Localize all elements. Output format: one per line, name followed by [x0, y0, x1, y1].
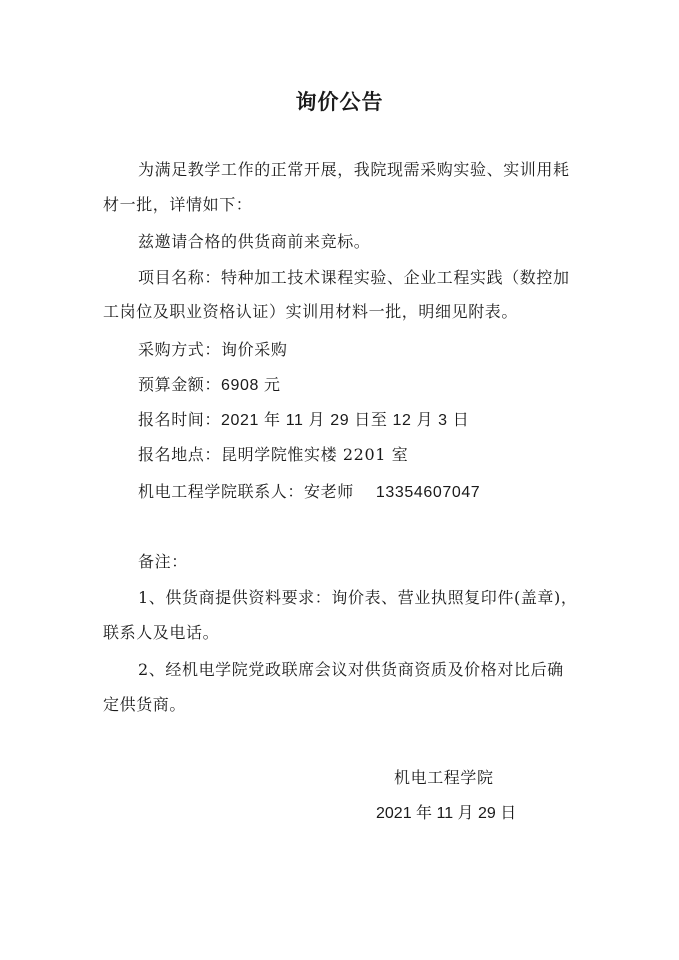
budget-amount: 预算金额：6908 元 — [138, 375, 281, 396]
procurement-method-label: 采购方式： — [138, 340, 221, 359]
registration-time: 报名时间：2021 年 11 月 29 日至 12 月 3 日 — [138, 410, 469, 431]
registration-time-label: 报名时间： — [138, 410, 221, 429]
signature-org: 机电工程学院 — [394, 765, 494, 788]
budget-label: 预算金额： — [138, 375, 221, 394]
signature-date: 2021 年 11 月 29 日 — [376, 800, 516, 823]
project-line-2: 工岗位及职业资格认证）实训用材料一批，明细见附表。 — [103, 302, 518, 322]
project-line-1: 项目名称：特种加工技术课程实验、企业工程实践（数控加 — [138, 268, 570, 288]
remark-2-line-2: 定供货商。 — [103, 695, 186, 715]
registration-place: 报名地点：昆明学院惟实楼 2201 室 — [138, 445, 408, 465]
invitation-text: 兹邀请合格的供货商前来竞标。 — [138, 232, 370, 252]
remark-2-line-1: 2、经机电学院党政联席会议对供货商资质及价格对比后确 — [138, 660, 564, 680]
procurement-method: 采购方式：询价采购 — [138, 340, 287, 360]
registration-place-value: 昆明学院惟实楼 2201 室 — [221, 445, 408, 464]
procurement-method-value: 询价采购 — [221, 340, 287, 359]
remark-1-line-1: 1、供货商提供资料要求：询价表、营业执照复印件(盖章)， — [138, 588, 577, 608]
contact-label: 机电工程学院联系人： — [138, 482, 304, 501]
document-title: 询价公告 — [0, 86, 679, 116]
registration-place-label: 报名地点： — [138, 445, 221, 464]
intro-line-1: 为满足教学工作的正常开展，我院现需采购实验、实训用耗 — [138, 160, 570, 180]
document-page: 询价公告 为满足教学工作的正常开展，我院现需采购实验、实训用耗 材一批，详情如下… — [0, 0, 679, 960]
intro-line-2: 材一批，详情如下： — [103, 195, 252, 215]
remark-1-line-2: 联系人及电话。 — [103, 623, 219, 643]
contact-phone: 13354607047 — [376, 484, 480, 501]
registration-time-value: 2021 年 11 月 29 日至 12 月 3 日 — [221, 412, 469, 429]
contact-name: 安老师 — [304, 482, 354, 501]
remarks-heading: 备注： — [138, 552, 188, 572]
budget-value: 6908 元 — [221, 377, 281, 394]
contact-info: 机电工程学院联系人：安老师13354607047 — [138, 482, 480, 503]
